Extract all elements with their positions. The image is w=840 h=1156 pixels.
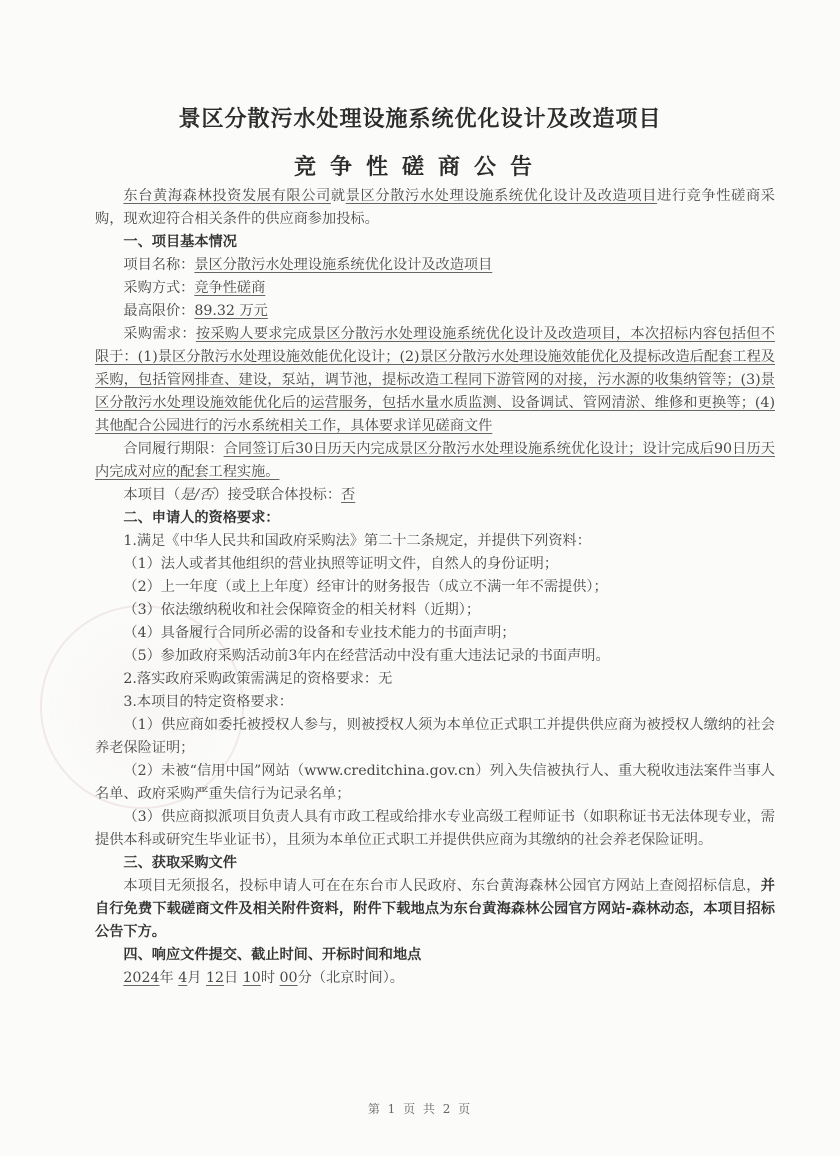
section3-heading: 三、获取采购文件 xyxy=(95,852,775,875)
max-price-value: 89.32 万元 xyxy=(194,303,268,319)
deadline-day: 12 xyxy=(206,970,224,986)
section3-paragraph: 本项目无须报名，投标申请人可在在东台市人民政府、东台黄海森林公园官方网站上查阅招… xyxy=(95,875,775,944)
document-title: 景区分散污水处理设施系统优化设计及改造项目 xyxy=(0,102,840,133)
minute-unit: 分（北京时间）。 xyxy=(298,970,404,986)
requirement-value: 按采购人要求完成景区分散污水处理设施系统优化设计及改造项目，本次招标内容包括但不… xyxy=(95,326,775,434)
qualification-sub-5: （5）参加政府采购活动前3年内在经营活动中没有重大违法记录的书面声明。 xyxy=(95,645,775,668)
method-value: 竞争性磋商 xyxy=(194,280,265,296)
deadline-hour: 10 xyxy=(243,970,261,986)
max-price-label: 最高限价： xyxy=(123,303,194,319)
procurement-method-row: 采购方式：竞争性磋商 xyxy=(95,277,775,300)
special-requirement-2: （2）未被“信用中国”网站（www.creditchina.gov.cn）列入失… xyxy=(95,760,775,806)
qualification-sub-1: （1）法人或者其他组织的营业执照等证明文件，自然人的身份证明； xyxy=(95,553,775,576)
contract-period-label: 合同履行期限： xyxy=(123,441,223,457)
consortium-row: 本项目（是/否）接受联合体投标：否 xyxy=(95,484,775,507)
consortium-label-a: 本项目（ xyxy=(123,487,180,503)
intro-project-name: 景区分散污水处理设施系统优化设计及改造项目 xyxy=(346,188,657,204)
day-unit: 日 xyxy=(224,970,238,986)
project-name-row: 项目名称：景区分散污水处理设施系统优化设计及改造项目 xyxy=(95,254,775,277)
consortium-label-italic: 是/否 xyxy=(180,487,213,503)
max-price-row: 最高限价：89.32 万元 xyxy=(95,300,775,323)
project-name-value: 景区分散污水处理设施系统优化设计及改造项目 xyxy=(194,257,492,273)
deadline-year: 2024 xyxy=(123,970,159,986)
requirement-label: 采购需求： xyxy=(123,326,195,342)
purchaser-name: 东台黄海森林投资发展有限公司 xyxy=(123,188,331,204)
section1-heading: 一、项目基本情况 xyxy=(95,231,775,254)
special-requirement-3: （3）供应商拟派项目负责人具有市政工程或给排水专业高级工程师证书（如职称证书无法… xyxy=(95,806,775,852)
project-name-label: 项目名称： xyxy=(123,257,194,273)
section2-heading: 二、申请人的资格要求： xyxy=(95,507,775,530)
intro-paragraph: 东台黄海森林投资发展有限公司就景区分散污水处理设施系统优化设计及改造项目进行竞争… xyxy=(95,185,775,231)
month-unit: 月 xyxy=(187,970,201,986)
qualification-item-2: 2.落实政府采购政策需满足的资格要求：无 xyxy=(95,668,775,691)
deadline-row: 2024年 4月 12日 10时 00分（北京时间）。 xyxy=(95,967,775,990)
section4-heading: 四、响应文件提交、截止时间、开标时间和地点 xyxy=(95,944,775,967)
document-body: 东台黄海森林投资发展有限公司就景区分散污水处理设施系统优化设计及改造项目进行竞争… xyxy=(95,185,775,990)
method-label: 采购方式： xyxy=(123,280,194,296)
deadline-month: 4 xyxy=(178,970,187,986)
qualification-sub-4: （4）具备履行合同所必需的设备和专业技术能力的书面声明； xyxy=(95,622,775,645)
page-number: 第 1 页 共 2 页 xyxy=(0,1100,840,1117)
qualification-item-1: 1.满足《中华人民共和国政府采购法》第二十二条规定，并提供下列资料： xyxy=(95,530,775,553)
intro-connector: 就 xyxy=(331,188,346,204)
consortium-label-b: ）接受联合体投标： xyxy=(213,487,341,503)
special-requirement-1: （1）供应商如委托被授权人参与，则被授权人须为本单位正式职工并提供供应商为被授权… xyxy=(95,714,775,760)
year-unit: 年 xyxy=(160,970,174,986)
hour-unit: 时 xyxy=(261,970,275,986)
consortium-value: 否 xyxy=(341,487,355,503)
qualification-sub-3: （3）依法缴纳税收和社会保障资金的相关材料（近期）； xyxy=(95,599,775,622)
document-page: 景区分散污水处理设施系统优化设计及改造项目 竞争性磋商公告 东台黄海森林投资发展… xyxy=(0,0,840,1156)
contract-period-row: 合同履行期限：合同签订后30日历天内完成景区分散污水处理设施系统优化设计；设计完… xyxy=(95,438,775,484)
qualification-item-3: 3.本项目的特定资格要求： xyxy=(95,691,775,714)
requirement-row: 采购需求：按采购人要求完成景区分散污水处理设施系统优化设计及改造项目，本次招标内… xyxy=(95,323,775,438)
document-subtitle: 竞争性磋商公告 xyxy=(0,150,840,181)
qualification-sub-2: （2）上一年度（或上上年度）经审计的财务报告（成立不满一年不需提供）； xyxy=(95,576,775,599)
deadline-minute: 00 xyxy=(280,970,298,986)
section3-text: 本项目无须报名，投标申请人可在在东台市人民政府、东台黄海森林公园官方网站上查阅招… xyxy=(123,878,760,894)
